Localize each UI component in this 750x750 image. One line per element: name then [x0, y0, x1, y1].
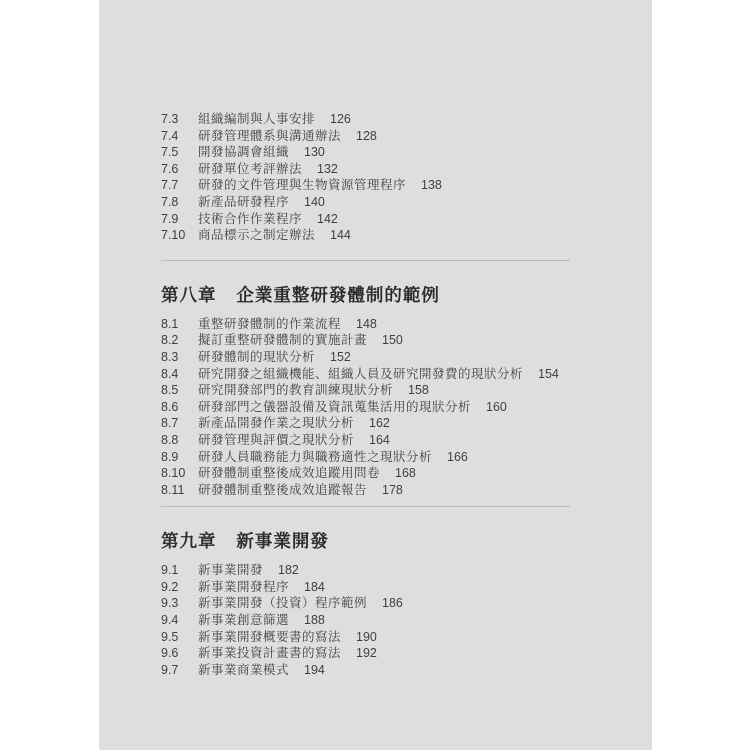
toc-item-page-number: 158 — [408, 382, 429, 399]
toc-item: 8.10研發體制重整後成效追蹤用問卷168 — [161, 465, 652, 482]
toc-item-title: 開發協調會組織 — [198, 144, 289, 161]
toc-item-title: 商品標示之制定辦法 — [198, 227, 315, 244]
toc-item: 7.10商品標示之制定辦法144 — [161, 227, 652, 244]
toc-item-title: 研發的文件管理與生物資源管理程序 — [198, 177, 406, 194]
toc-item-page-number: 154 — [538, 366, 559, 383]
toc-item-page-number: 160 — [486, 399, 507, 416]
toc-item-number: 8.8 — [161, 432, 198, 449]
toc-item-number: 9.1 — [161, 562, 198, 579]
chapter8-title: 企業重整研發體制的範例 — [236, 285, 440, 305]
toc-item-number: 7.8 — [161, 194, 198, 211]
toc-item-number: 9.5 — [161, 629, 198, 646]
toc-item-number: 9.3 — [161, 595, 198, 612]
toc-item: 9.2新事業開發程序184 — [161, 579, 652, 596]
chapter9-label: 第九章 — [161, 531, 217, 551]
toc-item-page-number: 152 — [330, 349, 351, 366]
toc-item-number: 8.6 — [161, 399, 198, 416]
toc-item-number: 9.4 — [161, 612, 198, 629]
toc-item: 8.8研發管理與評價之現狀分析164 — [161, 432, 652, 449]
toc-item-number: 7.5 — [161, 144, 198, 161]
toc-item: 9.1新事業開發182 — [161, 562, 652, 579]
toc-item-page-number: 148 — [356, 316, 377, 333]
toc-item-title: 新事業商業模式 — [198, 662, 289, 679]
toc-item-page-number: 186 — [382, 595, 403, 612]
toc-item-number: 8.11 — [161, 482, 198, 499]
toc-item-number: 8.5 — [161, 382, 198, 399]
toc-item-page-number: 188 — [304, 612, 325, 629]
toc-list-chapter7: 7.3組織編制與人事安排1267.4研發管理體系與溝通辦法1287.5開發協調會… — [161, 111, 652, 244]
toc-item-page-number: 166 — [447, 449, 468, 466]
toc-item-number: 8.4 — [161, 366, 198, 383]
toc-item: 8.9研發人員職務能力與職務適性之現狀分析166 — [161, 449, 652, 466]
toc-item-title: 研究開發部門的教育訓練現狀分析 — [198, 382, 393, 399]
toc-item-page-number: 140 — [304, 194, 325, 211]
toc-list-chapter9: 9.1新事業開發1829.2新事業開發程序1849.3新事業開發（投資）程序範例… — [161, 562, 652, 678]
toc-item: 8.5研究開發部門的教育訓練現狀分析158 — [161, 382, 652, 399]
toc-item-page-number: 144 — [330, 227, 351, 244]
toc-item-title: 研發體制重整後成效追蹤用問卷 — [198, 465, 380, 482]
toc-item-page-number: 192 — [356, 645, 377, 662]
toc-item-title: 新事業開發概要書的寫法 — [198, 629, 341, 646]
toc-item-title: 新產品研發程序 — [198, 194, 289, 211]
chapter8-label: 第八章 — [161, 285, 217, 305]
toc-item-number: 7.10 — [161, 227, 198, 244]
toc-item: 8.3研發體制的現狀分析152 — [161, 349, 652, 366]
toc-item-title: 技術合作作業程序 — [198, 211, 302, 228]
toc-item-number: 7.7 — [161, 177, 198, 194]
toc-item: 8.6研發部門之儀器設備及資訊蒐集活用的現狀分析160 — [161, 399, 652, 416]
toc-item-page-number: 178 — [382, 482, 403, 499]
toc-item-title: 研發管理與評價之現狀分析 — [198, 432, 354, 449]
toc-item: 9.7新事業商業模式194 — [161, 662, 652, 679]
toc-item-page-number: 194 — [304, 662, 325, 679]
toc-item: 7.3組織編制與人事安排126 — [161, 111, 652, 128]
toc-item: 8.2擬訂重整研發體制的實施計畫150 — [161, 332, 652, 349]
toc-item-title: 研發人員職務能力與職務適性之現狀分析 — [198, 449, 432, 466]
toc-item-page-number: 182 — [278, 562, 299, 579]
toc-item: 7.5開發協調會組織130 — [161, 144, 652, 161]
toc-item-title: 研發單位考評辦法 — [198, 161, 302, 178]
toc-item-page-number: 168 — [395, 465, 416, 482]
toc-section-chapter9: 第九章 新事業開發 9.1新事業開發1829.2新事業開發程序1849.3新事業… — [161, 529, 652, 678]
toc-item-number: 9.2 — [161, 579, 198, 596]
toc-item: 7.8新產品研發程序140 — [161, 194, 652, 211]
toc-item-page-number: 138 — [421, 177, 442, 194]
toc-item-title: 新產品開發作業之現狀分析 — [198, 415, 354, 432]
toc-section-chapter7: 7.3組織編制與人事安排1267.4研發管理體系與溝通辦法1287.5開發協調會… — [161, 111, 652, 244]
toc-item-title: 研究開發之組織機能、組織人員及研究開發費的現狀分析 — [198, 366, 523, 383]
toc-item: 7.4研發管理體系與溝通辦法128 — [161, 128, 652, 145]
toc-item: 8.7新產品開發作業之現狀分析162 — [161, 415, 652, 432]
section-divider — [161, 260, 570, 261]
toc-item-number: 7.3 — [161, 111, 198, 128]
toc-item: 9.4新事業創意篩選188 — [161, 612, 652, 629]
toc-section-chapter8: 第八章 企業重整研發體制的範例 8.1重整研發體制的作業流程1488.2擬訂重整… — [161, 283, 652, 499]
toc-item-title: 新事業投資計畫書的寫法 — [198, 645, 341, 662]
toc-item: 8.11研發體制重整後成效追蹤報告178 — [161, 482, 652, 499]
toc-item: 8.1重整研發體制的作業流程148 — [161, 316, 652, 333]
toc-item-page-number: 150 — [382, 332, 403, 349]
toc-item-number: 8.7 — [161, 415, 198, 432]
toc-item-title: 研發部門之儀器設備及資訊蒐集活用的現狀分析 — [198, 399, 471, 416]
toc-item: 7.7研發的文件管理與生物資源管理程序138 — [161, 177, 652, 194]
toc-item-number: 8.3 — [161, 349, 198, 366]
toc-item-page-number: 162 — [369, 415, 390, 432]
toc-item-title: 重整研發體制的作業流程 — [198, 316, 341, 333]
chapter8-heading: 第八章 企業重整研發體制的範例 — [161, 283, 652, 307]
toc-item-number: 9.6 — [161, 645, 198, 662]
toc-item-title: 擬訂重整研發體制的實施計畫 — [198, 332, 367, 349]
chapter9-heading: 第九章 新事業開發 — [161, 529, 652, 553]
toc-item-number: 8.2 — [161, 332, 198, 349]
toc-item: 8.4研究開發之組織機能、組織人員及研究開發費的現狀分析154 — [161, 366, 652, 383]
toc-item: 9.3新事業開發（投資）程序範例186 — [161, 595, 652, 612]
toc-item-number: 7.9 — [161, 211, 198, 228]
toc-item-page-number: 184 — [304, 579, 325, 596]
toc-item-title: 組織編制與人事安排 — [198, 111, 315, 128]
toc-item-title: 研發管理體系與溝通辦法 — [198, 128, 341, 145]
toc-item-title: 新事業開發（投資）程序範例 — [198, 595, 367, 612]
toc-item-page-number: 142 — [317, 211, 338, 228]
toc-item-number: 8.1 — [161, 316, 198, 333]
toc-item-number: 9.7 — [161, 662, 198, 679]
toc-item-title: 新事業開發 — [198, 562, 263, 579]
chapter9-title: 新事業開發 — [236, 531, 329, 551]
toc-item-page-number: 164 — [369, 432, 390, 449]
toc-item-page-number: 126 — [330, 111, 351, 128]
toc-item-title: 研發體制的現狀分析 — [198, 349, 315, 366]
toc-item-number: 8.9 — [161, 449, 198, 466]
toc-list-chapter8: 8.1重整研發體制的作業流程1488.2擬訂重整研發體制的實施計畫1508.3研… — [161, 316, 652, 499]
toc-content: 7.3組織編制與人事安排1267.4研發管理體系與溝通辦法1287.5開發協調會… — [99, 0, 652, 678]
toc-item-page-number: 190 — [356, 629, 377, 646]
toc-item: 7.6研發單位考評辦法132 — [161, 161, 652, 178]
toc-item-title: 研發體制重整後成效追蹤報告 — [198, 482, 367, 499]
toc-item-title: 新事業開發程序 — [198, 579, 289, 596]
section-divider — [161, 506, 570, 507]
toc-item: 9.5新事業開發概要書的寫法190 — [161, 629, 652, 646]
toc-item-title: 新事業創意篩選 — [198, 612, 289, 629]
toc-item-number: 8.10 — [161, 465, 198, 482]
toc-item: 7.9技術合作作業程序142 — [161, 211, 652, 228]
toc-item-page-number: 130 — [304, 144, 325, 161]
toc-item: 9.6新事業投資計畫書的寫法192 — [161, 645, 652, 662]
toc-item-number: 7.4 — [161, 128, 198, 145]
book-toc-page: 7.3組織編制與人事安排1267.4研發管理體系與溝通辦法1287.5開發協調會… — [99, 0, 652, 750]
toc-item-page-number: 128 — [356, 128, 377, 145]
toc-item-page-number: 132 — [317, 161, 338, 178]
toc-item-number: 7.6 — [161, 161, 198, 178]
